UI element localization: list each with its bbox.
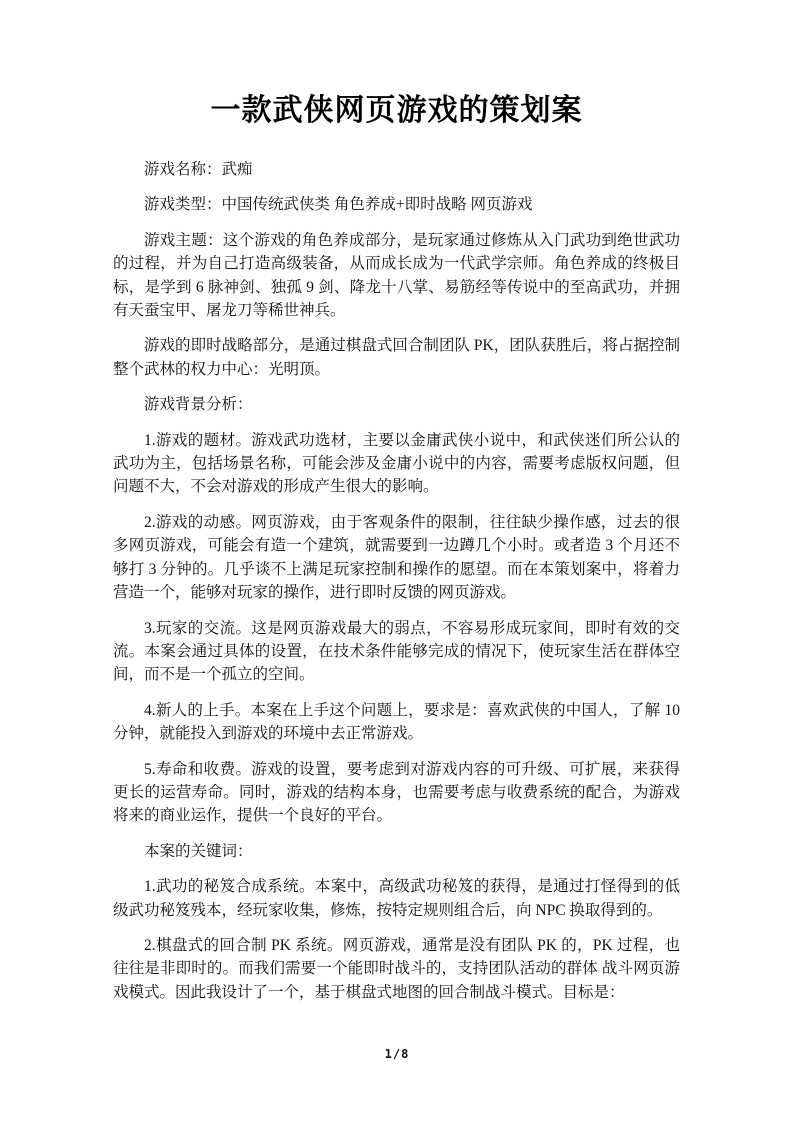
paragraph-rts-part: 游戏的即时战略部分，是通过棋盘式回合制团队 PK，团队获胜后，将占据控制整个武林… (113, 334, 680, 381)
paragraph-game-theme: 游戏主题：这个游戏的角色养成部分，是玩家通过修炼从入门武功到绝世武功的过程，并为… (113, 229, 680, 323)
paragraph-background-point-2: 2.游戏的动感。网页游戏，由于客观条件的限制，往往缺少操作感，过去的很多网页游戏… (113, 511, 680, 605)
document-page: 一款武侠网页游戏的策划案 游戏名称：武痴 游戏类型：中国传统武侠类 角色养成+即… (0, 0, 794, 1123)
document-title: 一款武侠网页游戏的策划案 (113, 94, 680, 128)
paragraph-background-point-1: 1.游戏的题材。游戏武功选材，主要以金庸武侠小说中，和武侠迷们所公认的武功为主，… (113, 429, 680, 499)
paragraph-keyword-2: 2.棋盘式的回合制 PK 系统。网页游戏，通常是没有团队 PK 的，PK 过程，… (113, 934, 680, 1004)
document-footer: 1/8 (0, 1045, 794, 1063)
paragraph-keyword-1: 1.武功的秘笈合成系统。本案中，高级武功秘笈的获得，是通过打怪得到的低级武功秘笈… (113, 875, 680, 922)
page-number: 1/8 (385, 1047, 410, 1061)
paragraph-background-point-3: 3.玩家的交流。这是网页游戏最大的弱点，不容易形成玩家间，即时有效的交流。本案会… (113, 617, 680, 687)
paragraph-keywords-heading: 本案的关键词： (113, 840, 680, 863)
paragraph-background-analysis-heading: 游戏背景分析： (113, 393, 680, 416)
paragraph-background-point-4: 4.新人的上手。本案在上手这个问题上，要求是：喜欢武侠的中国人，了解 10 分钟… (113, 699, 680, 746)
document-content: 一款武侠网页游戏的策划案 游戏名称：武痴 游戏类型：中国传统武侠类 角色养成+即… (0, 94, 794, 1004)
paragraph-game-type: 游戏类型：中国传统武侠类 角色养成+即时战略 网页游戏 (113, 193, 680, 216)
paragraph-game-name: 游戏名称：武痴 (113, 158, 680, 181)
paragraph-background-point-5: 5.寿命和收费。游戏的设置，要考虑到对游戏内容的可升级、可扩展，来获得更长的运营… (113, 758, 680, 828)
